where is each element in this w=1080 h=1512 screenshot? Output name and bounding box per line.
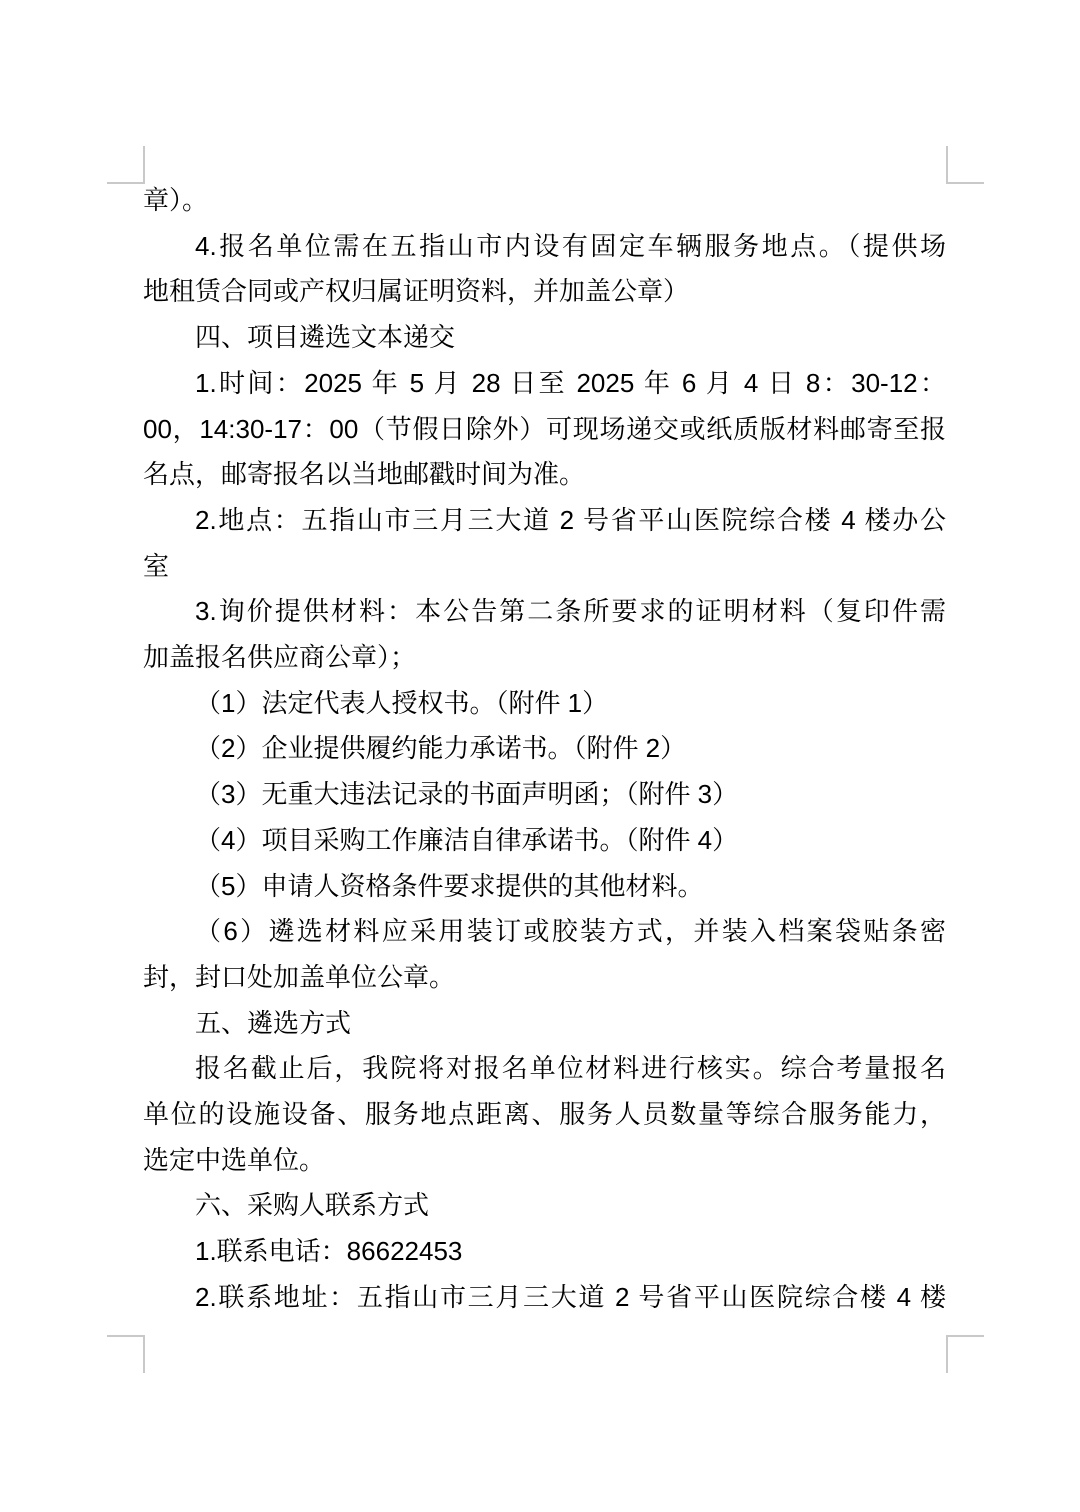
- para-materials-line2: 加盖报名供应商公章）；: [143, 635, 946, 681]
- para-selection-line2: 单位的设施设备、服务地点距离、服务人员数量等综合服务能力，: [143, 1092, 946, 1138]
- heading-section-4: 四、项目遴选文本递交: [143, 315, 946, 361]
- contact-address-line: 2.联系地址：五指山市三月三大道 2 号省平山医院综合楼 4 楼: [143, 1275, 946, 1321]
- para-materials-line1: 3.询价提供材料：本公告第二条所要求的证明材料（复印件需: [143, 589, 946, 635]
- para-selection-line3: 选定中选单位。: [143, 1138, 946, 1184]
- para-time-line1: 1.时间：2025 年 5 月 28 日至 2025 年 6 月 4 日 8：3…: [143, 361, 946, 407]
- heading-section-6: 六、采购人联系方式: [143, 1183, 946, 1229]
- heading-section-5: 五、遴选方式: [143, 1001, 946, 1047]
- list-item-6-line2: 封，封口处加盖单位公章。: [143, 955, 946, 1001]
- crop-mark-bottom-right: [946, 1335, 984, 1373]
- list-item-3: （3）无重大违法记录的书面声明函；（附件 3）: [143, 772, 946, 818]
- crop-mark-bottom-left: [107, 1335, 145, 1373]
- list-item-6-line1: （6）遴选材料应采用装订或胶装方式，并装入档案袋贴条密: [143, 909, 946, 955]
- crop-mark-top-right: [946, 146, 984, 184]
- crop-mark-top-left: [107, 146, 145, 184]
- list-item-4: （4）项目采购工作廉洁自律承诺书。（附件 4）: [143, 818, 946, 864]
- list-item-1: （1）法定代表人授权书。（附件 1）: [143, 681, 946, 727]
- document-page: 章）。 4.报名单位需在五指山市内设有固定车辆服务地点。（提供场 地租赁合同或产…: [0, 0, 1080, 1512]
- document-text-block: 章）。 4.报名单位需在五指山市内设有固定车辆服务地点。（提供场 地租赁合同或产…: [143, 178, 946, 1321]
- line-page-continuation: 章）。: [143, 178, 946, 224]
- list-item-2: （2）企业提供履约能力承诺书。（附件 2）: [143, 726, 946, 772]
- para-selection-line1: 报名截止后，我院将对报名单位材料进行核实。综合考量报名: [143, 1046, 946, 1092]
- para-item4-line2: 地租赁合同或产权归属证明资料，并加盖公章）: [143, 269, 946, 315]
- list-item-5: （5）申请人资格条件要求提供的其他材料。: [143, 864, 946, 910]
- para-location-line1: 2.地点：五指山市三月三大道 2 号省平山医院综合楼 4 楼办公: [143, 498, 946, 544]
- para-time-line2: 00，14:30-17：00（节假日除外）可现场递交或纸质版材料邮寄至报: [143, 407, 946, 453]
- para-location-line2: 室: [143, 544, 946, 590]
- para-time-line3: 名点，邮寄报名以当地邮戳时间为准。: [143, 452, 946, 498]
- contact-phone-line: 1.联系电话：86622453: [143, 1229, 946, 1275]
- para-item4-line1: 4.报名单位需在五指山市内设有固定车辆服务地点。（提供场: [143, 224, 946, 270]
